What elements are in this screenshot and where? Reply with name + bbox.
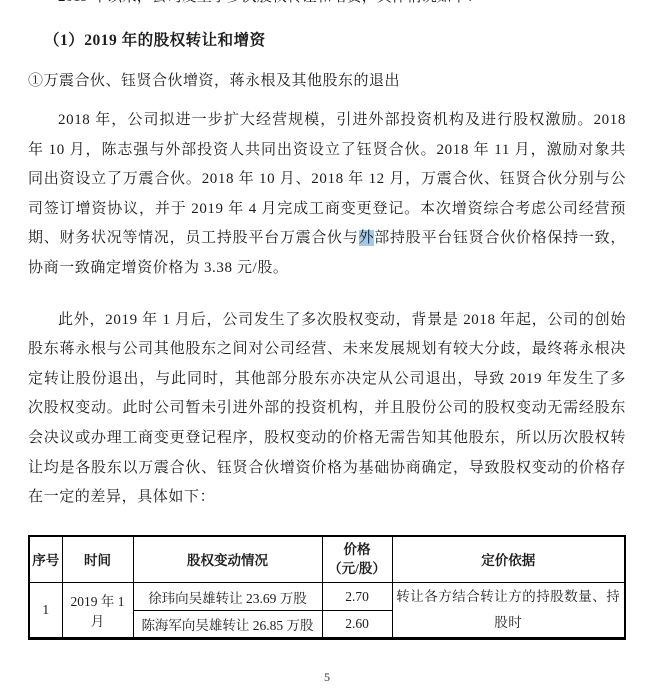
- page-number: 5: [0, 670, 654, 685]
- col-header-price-line1: 价格: [325, 540, 390, 560]
- col-header-basis: 定价依据: [392, 536, 625, 583]
- col-header-seq: 序号: [29, 536, 62, 583]
- document-page: 2019 年以来，公司发生了多次股权转让和增资，具体情况如下： （1）2019 …: [0, 0, 654, 696]
- cell-basis: 转让各方结合转让方的持股数量、持股时: [392, 583, 625, 639]
- equity-change-table: 序号 时间 股权变动情况 价格 （元/股） 定价依据 1 2019 年 1 月 …: [28, 535, 626, 641]
- col-header-change: 股权变动情况: [133, 536, 322, 583]
- col-header-price: 价格 （元/股）: [322, 536, 392, 583]
- cell-price-2: 2.60: [322, 611, 392, 639]
- top-partial-line-clip: 2019 年以来，公司发生了多次股权转让和增资，具体情况如下：: [28, 0, 626, 13]
- page-content: 2019 年以来，公司发生了多次股权转让和增资，具体情况如下： （1）2019 …: [28, 0, 626, 640]
- cell-seq: 1: [29, 583, 62, 639]
- cell-change-1: 徐玮向吴雄转让 23.69 万股: [133, 583, 322, 611]
- col-header-time: 时间: [62, 536, 133, 583]
- subsection-heading: ①万震合伙、钰贤合伙增资，蒋永根及其他股东的退出: [28, 70, 626, 92]
- col-header-price-line2: （元/股）: [325, 559, 390, 579]
- paragraph-capital-increase: 2018 年，公司拟进一步扩大经营规模，引进外部投资机构及进行股权激励。2018…: [28, 106, 626, 284]
- cell-change-2: 陈海军向吴雄转让 26.85 万股: [133, 611, 322, 639]
- table-row: 1 2019 年 1 月 徐玮向吴雄转让 23.69 万股 2.70 转让各方结…: [29, 583, 625, 611]
- section-heading: （1）2019 年的股权转让和增资: [44, 30, 626, 52]
- cell-price-1: 2.70: [322, 583, 392, 611]
- table-header-row: 序号 时间 股权变动情况 价格 （元/股） 定价依据: [29, 536, 625, 583]
- paragraph-equity-changes: 此外，2019 年 1 月后，公司发生了多次股权变动，背景是 2018 年起，公…: [28, 306, 626, 513]
- cell-time: 2019 年 1 月: [62, 583, 133, 639]
- top-partial-line: 2019 年以来，公司发生了多次股权转让和增资，具体情况如下：: [28, 0, 626, 13]
- text-selection-highlight: 外: [359, 230, 375, 246]
- paragraph1-text-before: 2018 年，公司拟进一步扩大经营规模，引进外部投资机构及进行股权激励。2018…: [28, 112, 626, 246]
